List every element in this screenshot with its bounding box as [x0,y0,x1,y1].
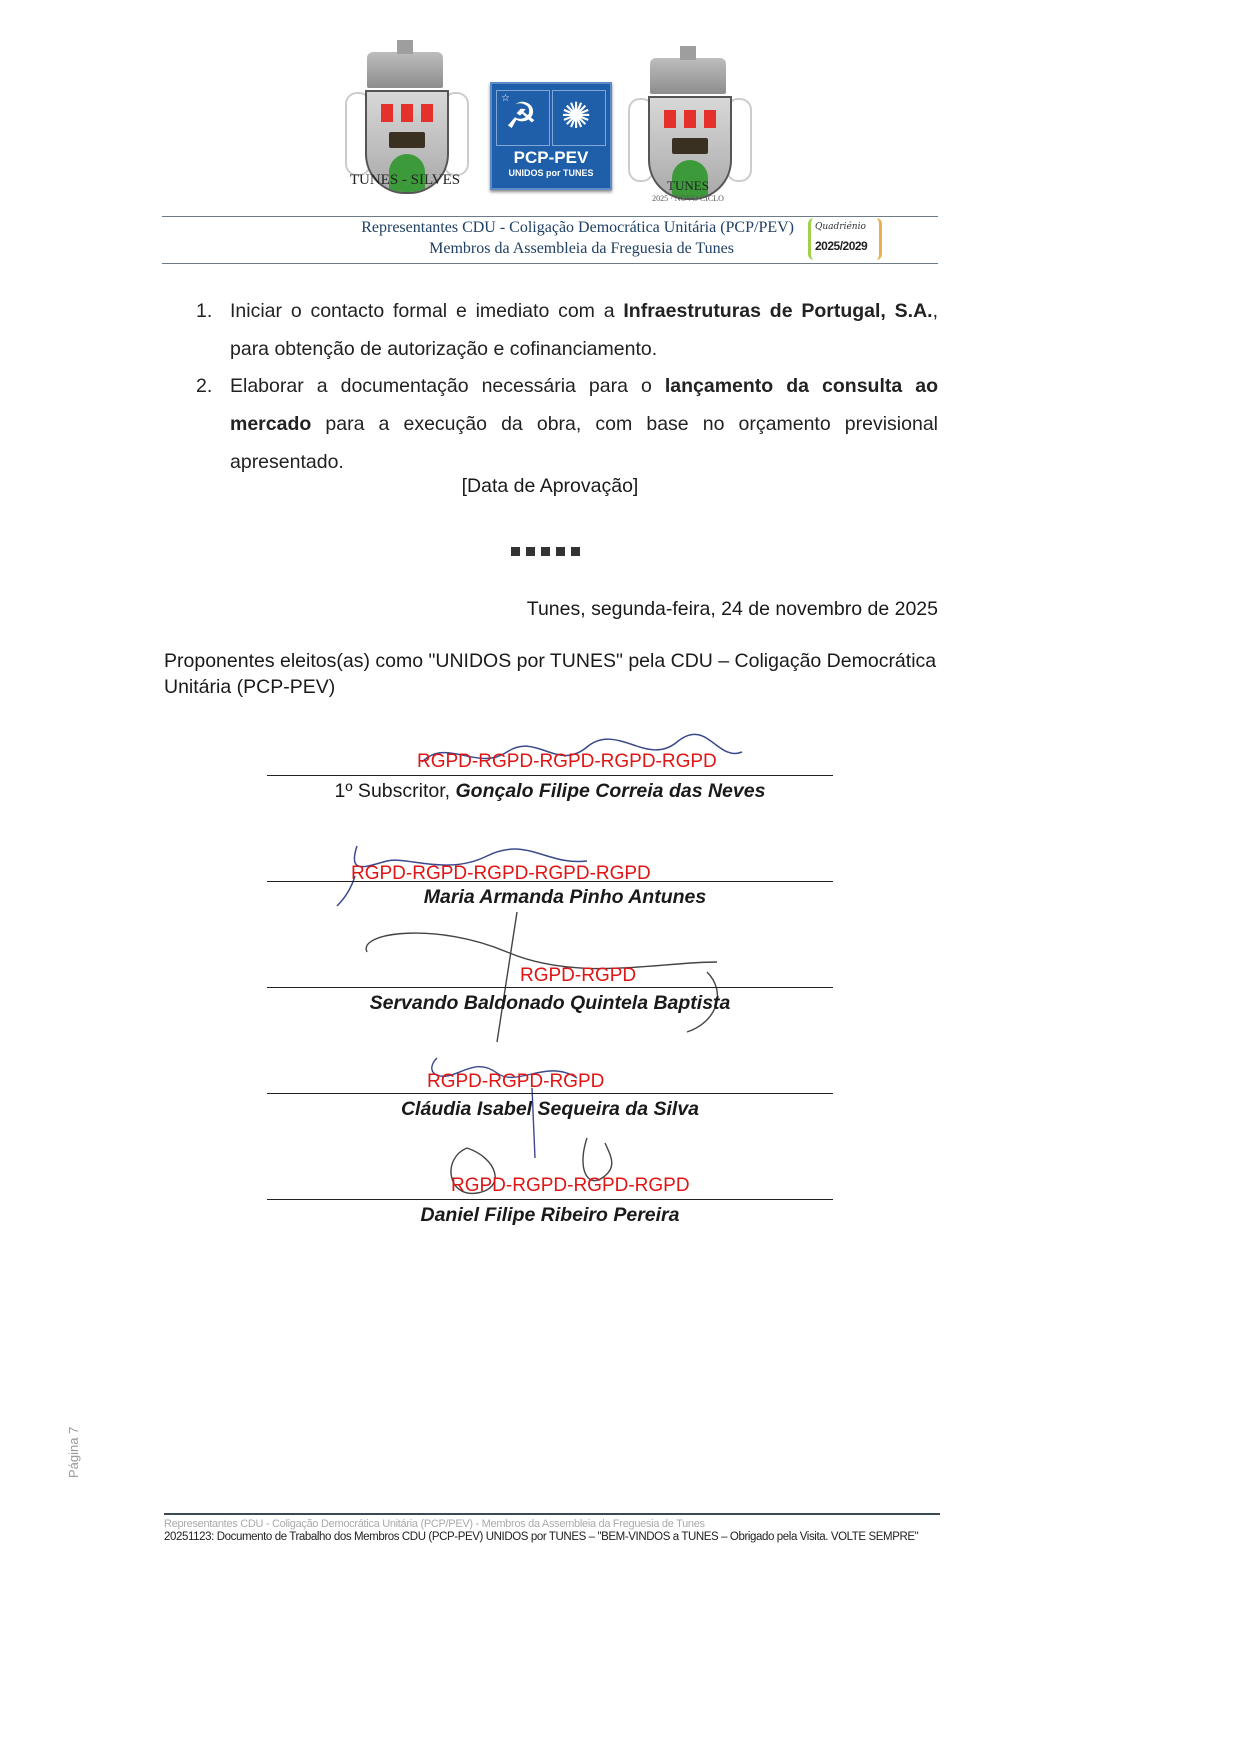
signatory-name: Maria Armanda Pinho Antunes [267,886,833,909]
crest-tunes: TUNES 2025 · NOVO CICLO [628,58,748,228]
signatory-name: Cláudia Isabel Sequeira da Silva [267,1098,833,1121]
crest-ribbon: TUNES - SILVES [345,172,465,189]
list-item-text: Elaborar a documentação necessária para … [230,367,938,481]
sunflower-icon: ✺ [561,95,591,137]
signature-line [267,987,833,988]
quadrienio-label: Quadriénio [815,222,866,232]
pcp-pev-logo: ☭ ☆ ✺ PCP-PEV UNIDOS por TUNES [490,82,612,190]
place-date: Tunes, segunda-feira, 24 de novembro de … [527,598,938,621]
crest-ribbon: TUNES [628,178,748,194]
signature-redaction: RGPD-RGPD-RGPD-RGPD-RGPD [417,751,717,773]
list-item-number: 1. [196,292,212,330]
proponents-text: Proponentes eleitos(as) como "UNIDOS por… [164,648,938,700]
header-line-2: Membros da Assembleia da Freguesia de Tu… [162,240,734,258]
signature-redaction: RGPD-RGPD [520,965,636,987]
quadrienio-badge: Quadriénio 2025/2029 [808,218,882,260]
train-icon [389,132,425,148]
star-icon: ☆ [501,93,510,104]
footer-line-2: 20251123: Documento de Trabalho dos Memb… [164,1531,918,1543]
signatory-name: 1º Subscritor, Gonçalo Filipe Correia da… [267,780,833,803]
list-item-number: 2. [196,367,212,405]
footer-line-1: Representantes CDU - Coligação Democráti… [164,1518,705,1530]
section-separator [511,543,586,561]
signatory-name: Servando Baldonado Quintela Baptista [267,992,833,1015]
page-number: Página 7 [66,1427,81,1478]
signatory-name: Daniel Filipe Ribeiro Pereira [267,1204,833,1227]
crest-tunes-silves: TUNES - SILVES [345,52,465,222]
list-item-text: Iniciar o contacto formal e imediato com… [230,292,938,368]
quadrienio-value: 2025/2029 [815,239,867,253]
crown-icon [650,58,726,94]
train-icon [672,138,708,154]
header-divider-top [162,216,938,217]
signature-redaction: RGPD-RGPD-RGPD-RGPD [451,1175,690,1197]
footer-divider [164,1513,940,1515]
party-logo-subtitle: UNIDOS por TUNES [492,168,610,178]
header-line-1: Representantes CDU - Coligação Democráti… [162,219,794,237]
signature-line [267,775,833,776]
header-divider-bottom [162,263,938,264]
signature-line [267,881,833,882]
crown-icon [367,52,443,88]
party-logo-title: PCP-PEV [492,148,610,168]
signature-line [267,1093,833,1094]
crest-ribbon-small: 2025 · NOVO CICLO [628,194,748,203]
approval-date-placeholder: [Data de Aprovação] [0,475,1100,498]
signature-redaction: RGPD-RGPD-RGPD [427,1071,604,1093]
signature-line [267,1199,833,1200]
